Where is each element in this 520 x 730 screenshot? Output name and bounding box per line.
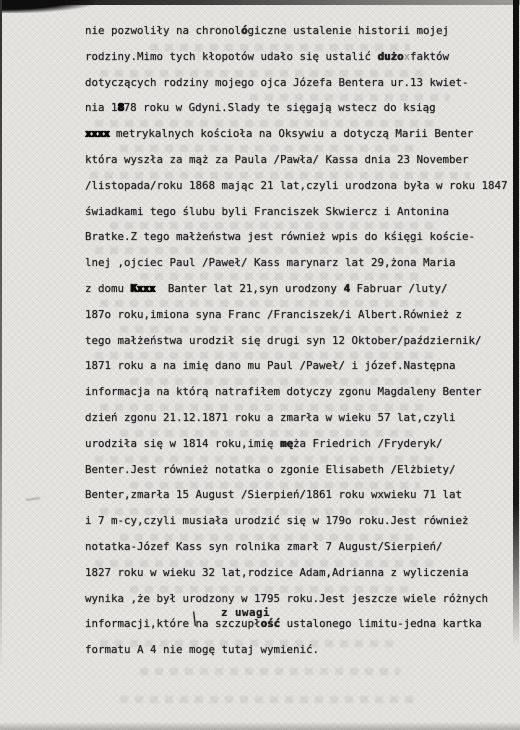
text-line: xxxx metrykalnych kościoła na Oksywiu a … xyxy=(85,127,515,153)
text-line: która wyszła za mąż za Paula /Pawła/ Kas… xyxy=(85,153,515,179)
overstruck-text-segment: ość xyxy=(261,617,281,630)
text-line: 1871 roku a na imię dano mu Paul /Paweł/… xyxy=(85,359,515,385)
text-line: /listopada/roku 1868 mając 21 lat,czyli … xyxy=(85,179,515,205)
overstruck-text-segment: 8 xyxy=(118,101,124,114)
scan-edge-left xyxy=(0,0,2,730)
text-line: Benter.Jest również notatka o zgonie Eli… xyxy=(85,463,515,489)
overstruck-text-segment: mę xyxy=(280,437,293,450)
scan-edge-bottom xyxy=(0,722,520,730)
text-line: 1827 roku w wieku 32 lat,rodzice Adam,Ad… xyxy=(85,566,515,592)
text-line: dotyczących rodziny mojego ojca Józefa B… xyxy=(85,76,515,102)
text-line: dzień zgonu 21.12.1871 roku a zmarła w w… xyxy=(85,411,515,437)
text-line: i 7 m-cy,czyli musiała urodzić się w 179… xyxy=(85,514,515,540)
scanned-document-page: nie pozwoliły na chronológiczne ustaleni… xyxy=(0,0,520,730)
overstruck-text-segment: x xyxy=(404,50,411,63)
overstruck-text-segment: Kxxx xyxy=(131,282,155,295)
text-line: Benter,zmarła 15 August /Sierpień/1861 r… xyxy=(85,488,515,514)
text-line: informacja na którą natrafiłem dotyczy z… xyxy=(85,385,515,411)
handwritten-insertion: z uwagi xyxy=(221,606,270,619)
text-line: Bratke.Z tego małżeństwa jest również wp… xyxy=(85,230,515,256)
text-line: 187o roku,imiona syna Franc /Franciszek/… xyxy=(85,308,515,334)
bleedthrough-ghost xyxy=(120,696,420,703)
text-line: formatu A 4 nie mogę tutaj wymienić. xyxy=(85,643,515,669)
text-line: notatka-Józef Kass syn rolnika zmarł 7 A… xyxy=(85,540,515,566)
scan-edge-right xyxy=(513,0,519,646)
overstruck-text-segment: dużo xyxy=(378,50,404,63)
text-line: wynika ,że był urodzony w 1795 roku.Jest… xyxy=(85,592,515,618)
text-line: nie pozwoliły na chronológiczne ustaleni… xyxy=(85,24,515,50)
text-line: urodziła się w 1814 roku,imię męża Fried… xyxy=(85,437,515,463)
bleedthrough-ghost xyxy=(140,668,400,675)
text-line: świadkami tego ślubu byli Franciszek Skw… xyxy=(85,205,515,231)
text-line: tego małżeństwa urodził się drugi syn 12… xyxy=(85,334,515,360)
overstruck-text-segment: xxxx xyxy=(85,127,109,140)
margin-smudge xyxy=(26,497,40,501)
text-line: z domu Kxxx Banter lat 21,syn urodzony 4… xyxy=(85,282,515,308)
scan-corner-blob xyxy=(0,0,95,13)
text-line: informacji,które\na szczupłość ustaloneg… xyxy=(85,617,515,643)
text-line: rodziny.Mimo tych kłopotów udało się ust… xyxy=(85,50,515,76)
overstruck-text-segment: 4 xyxy=(343,282,350,295)
text-line: lnej ,ojciec Paul /Paweł/ Kass marynarz … xyxy=(85,256,515,282)
typewritten-text: nie pozwoliły na chronológiczne ustaleni… xyxy=(85,24,515,669)
text-line: nia 1878 roku w Gdyni.Slady te sięgają w… xyxy=(85,101,515,127)
overstruck-text-segment: ó xyxy=(241,24,248,37)
